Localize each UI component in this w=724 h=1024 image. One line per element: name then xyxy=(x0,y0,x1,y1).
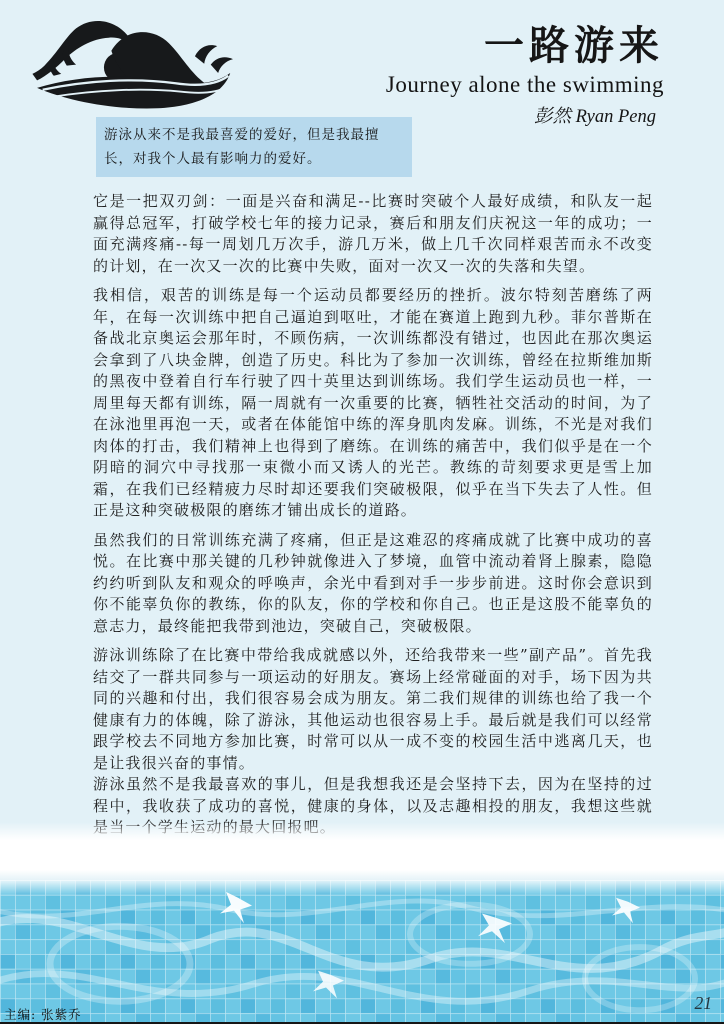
lead-text: 游泳从来不是我最喜爱的爱好，但是我最擅长，对我个人最有影响力的爱好。 xyxy=(104,127,380,167)
page-title: 一路游来 xyxy=(386,22,664,70)
swimmer-icon xyxy=(20,8,238,112)
editor-credit: 主编: 张紫乔 xyxy=(4,1005,82,1023)
article-paragraph: 我相信，艰苦的训练是每一个运动员都要经历的挫折。波尔特刻苦磨练了两年，在每一次训… xyxy=(93,285,653,522)
page-number: 21 xyxy=(695,993,713,1014)
lead-highlight-box: 游泳从来不是我最喜爱的爱好，但是我最擅长，对我个人最有影响力的爱好。 xyxy=(96,117,412,177)
author-byline: 彭然 Ryan Peng xyxy=(386,102,664,128)
article-paragraph: 它是一把双刃剑：一面是兴奋和满足--比赛时突破个人最好成绩，和队友一起赢得总冠军… xyxy=(93,191,653,277)
pool-water-graphic xyxy=(0,880,724,1022)
pool-tiles-icon xyxy=(0,880,724,1022)
article-paragraph: 游泳训练除了在比赛中带给我成就感以外，还给我带来一些”副产品”。首先我结交了一群… xyxy=(93,645,653,774)
article-body: 它是一把双刃剑：一面是兴奋和满足--比赛时突破个人最好成绩，和队友一起赢得总冠军… xyxy=(93,191,653,847)
page-subtitle: Journey alone the swimming xyxy=(386,72,664,98)
masthead: 一路游来 Journey alone the swimming 彭然 Ryan … xyxy=(386,22,664,128)
article-paragraph: 虽然我们的日常训练充满了疼痛，但正是这难忍的疼痛成就了比赛中成功的喜悦。在比赛中… xyxy=(93,530,653,638)
magazine-page: 一路游来 Journey alone the swimming 彭然 Ryan … xyxy=(0,0,724,1024)
footer-fade-band xyxy=(0,822,724,882)
logo xyxy=(20,8,238,112)
